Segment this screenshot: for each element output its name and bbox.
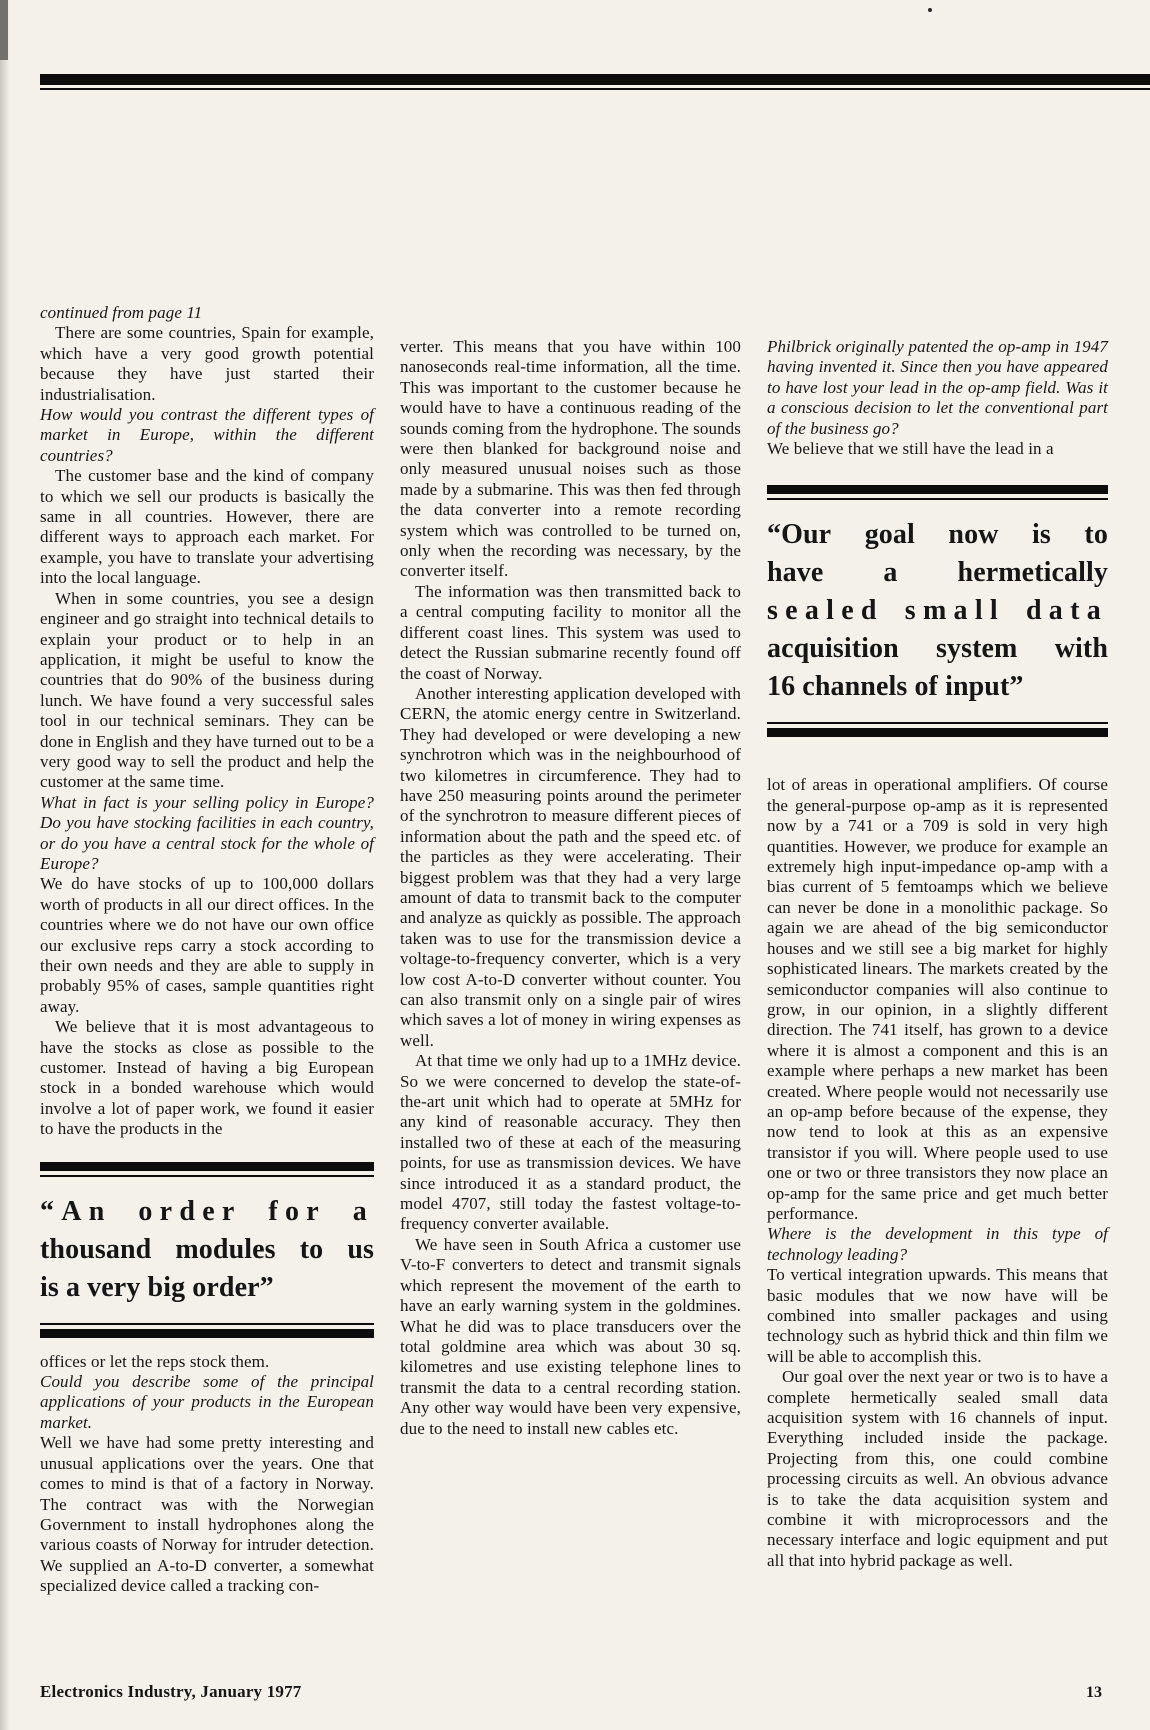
paragraph: Well we have had some pretty interesting… [40, 1433, 374, 1596]
paragraph: Another interesting application develope… [400, 684, 741, 1051]
pull-quote-line: haveahermetically [767, 554, 1108, 592]
paragraph: We believe that we still have the lead i… [767, 439, 1108, 459]
top-rule [40, 74, 1150, 90]
paragraph: The information was then transmitted bac… [400, 582, 741, 684]
continued-from-note: continued from page 11 [40, 303, 374, 323]
journal-footer: Electronics Industry, January 1977 [40, 1682, 302, 1702]
pull-quote-line: 16 channels of input” [767, 668, 1108, 706]
column-3: Philbrick originally patented the op-amp… [767, 337, 1108, 1571]
column-2: verter. This means that you have within … [400, 337, 741, 1439]
column-1: continued from page 11 There are some co… [40, 303, 374, 1597]
paragraph: offices or let the reps stock them. [40, 1352, 374, 1372]
pull-quote-line: “Anorderfora [40, 1193, 374, 1231]
pull-quote-line: sealedsmalldata [767, 592, 1108, 630]
pull-quote-line: “Ourgoalnowisto [767, 516, 1108, 554]
scan-corner-artifact [0, 0, 8, 60]
paragraph: lot of areas in operational amplifiers. … [767, 775, 1108, 1224]
paragraph: We have seen in South Africa a customer … [400, 1235, 741, 1439]
page-number: 13 [1086, 1684, 1102, 1702]
interview-question: What in fact is your selling policy in E… [40, 793, 374, 875]
paragraph: Our goal over the next year or two is to… [767, 1367, 1108, 1571]
pull-quote-line: thousandmodulestous [40, 1231, 374, 1269]
paragraph: To vertical integration upwards. This me… [767, 1265, 1108, 1367]
scan-dot-artifact [928, 8, 932, 12]
pull-quote-goal: “Ourgoalnowisto haveahermetically sealed… [767, 485, 1108, 737]
paragraph: There are some countries, Spain for exam… [40, 323, 374, 405]
paragraph: We believe that it is most advantageous … [40, 1017, 374, 1139]
pull-quote-bottom-rule [40, 1323, 374, 1338]
magazine-page: continued from page 11 There are some co… [0, 0, 1150, 1730]
interview-question: Could you describe some of the principal… [40, 1372, 374, 1433]
paragraph: We do have stocks of up to 100,000 dolla… [40, 874, 374, 1017]
pull-quote-bottom-rule [767, 722, 1108, 737]
interview-question: Where is the development in this type of… [767, 1224, 1108, 1265]
pull-quote-top-rule [767, 485, 1108, 500]
interview-question: How would you contrast the different typ… [40, 405, 374, 466]
interview-question: Philbrick originally patented the op-amp… [767, 337, 1108, 439]
pull-quote-line: acquisitionsystemwith [767, 630, 1108, 668]
paragraph: At that time we only had up to a 1MHz de… [400, 1051, 741, 1235]
pull-quote-line: is a very big order” [40, 1269, 374, 1307]
scan-edge-artifact [0, 0, 10, 1730]
pull-quote-top-rule [40, 1162, 374, 1177]
pull-quote-modules: “Anorderfora thousandmodulestous is a ve… [40, 1162, 374, 1338]
paragraph: verter. This means that you have within … [400, 337, 741, 582]
paragraph: The customer base and the kind of compan… [40, 466, 374, 588]
paragraph: When in some countries, you see a design… [40, 589, 374, 793]
